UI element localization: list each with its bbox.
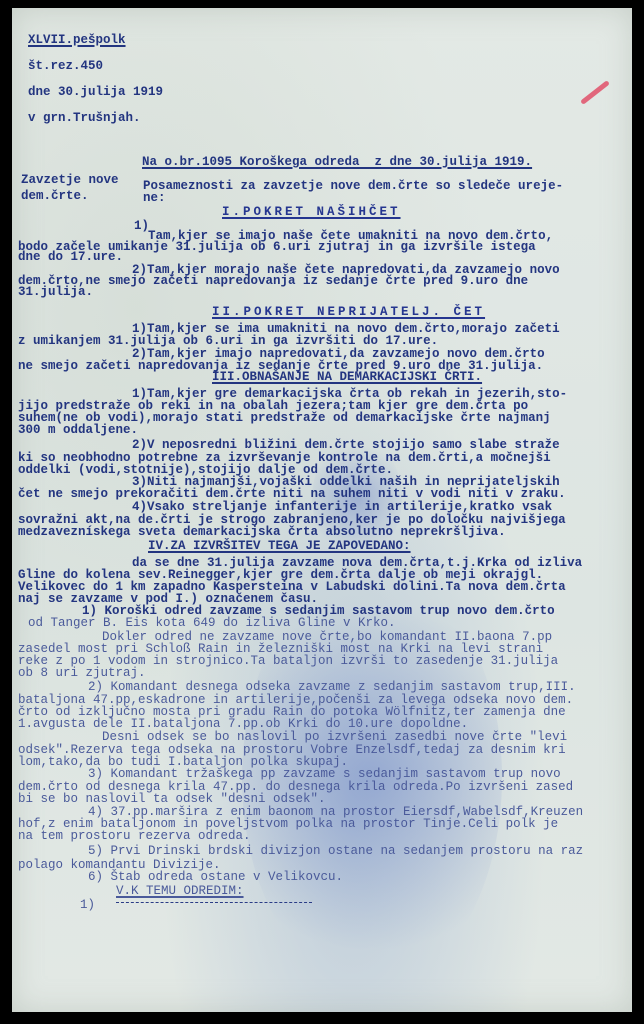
dashed-divider (116, 902, 312, 904)
text-line: medzaveznískega sveta demarkacijska črta… (18, 526, 506, 539)
document-date: dne 30.julija 1919 (28, 86, 163, 99)
text-line: ob 8 uri zjutraj. (18, 667, 146, 680)
text-line: 6) Štab odreda ostane v Velikovcu. (88, 871, 343, 884)
text-line: 31.julija. (18, 286, 93, 299)
intro-line2: ne: (143, 192, 166, 205)
section-5-item: 1) (80, 899, 95, 912)
order-reference: Na o.br.1095 Koroškega odreda z dne 30.j… (142, 156, 532, 169)
text-line: od Tanger B. Eis kota 649 do izliva Glin… (28, 617, 396, 630)
text-line: dem.črto,ne smejo začeti napredovanja iz… (18, 275, 528, 288)
margin-note-line1: Zavzetje nove (21, 174, 119, 187)
document-place: v grn.Trušnjah. (28, 112, 141, 125)
text-line: na tem prostoru rezerva odreda. (18, 830, 251, 843)
text-line: 5) Prvi Drinski brdski divizjon ostane n… (88, 845, 583, 858)
text-line: 1) (134, 220, 149, 233)
section-1-title: I.POKRET NAŠIHČET (222, 206, 401, 219)
section-3-title: III.OBNAŠANJE NA DEMARKACIJSKI ČRTI. (212, 371, 482, 384)
reference-number: št.rez.450 (28, 60, 103, 73)
section-4-title: IV.ZA IZVRŠITEV TEGA JE ZAPOVEDANO: (148, 540, 411, 553)
section-2-title: II.POKRET NEPRIJATELJ. ČET (212, 306, 485, 319)
section-5-title: V.K TEMU ODREDIM: (116, 885, 244, 898)
document-page: XLVII.pešpolk št.rez.450 dne 30.julija 1… (12, 8, 632, 1012)
unit-heading: XLVII.pešpolk (28, 34, 126, 47)
text-line: 300 m oddaljene. (18, 424, 138, 437)
text-line: dne do 17.ure. (18, 251, 123, 264)
intro-line1: Posameznosti za zavzetje nove dem.črte s… (143, 180, 563, 193)
margin-note-line2: dem.črte. (21, 190, 89, 203)
red-pencil-mark (580, 80, 610, 105)
